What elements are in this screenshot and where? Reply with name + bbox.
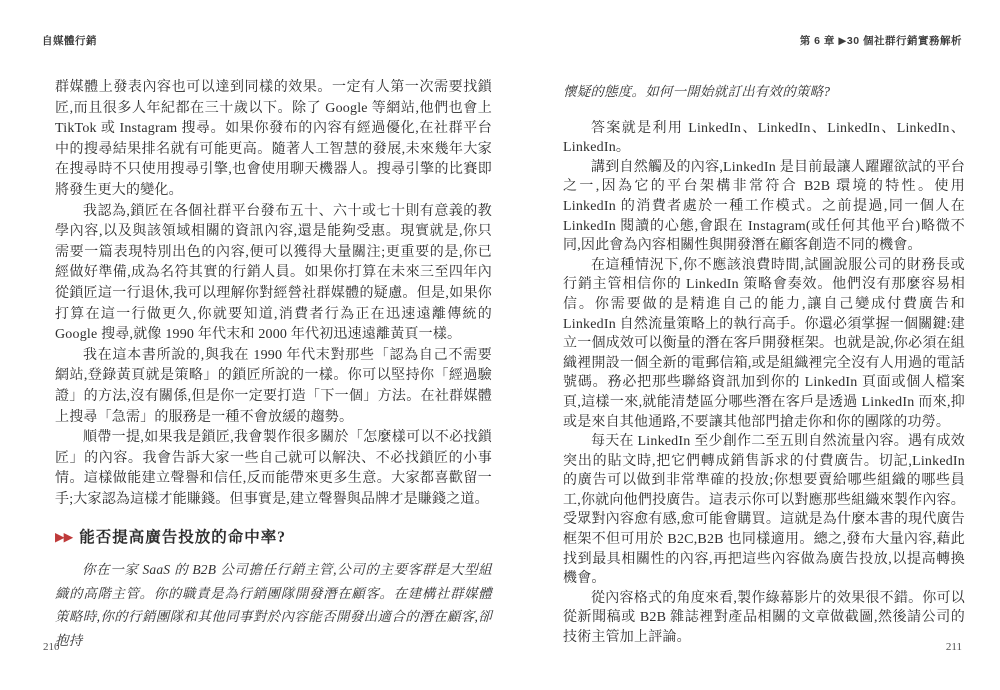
body-paragraph: 群媒體上發表內容也可以達到同樣的效果。一定有人第一次需要找鎖匠,而且很多人年紀都… <box>55 78 492 202</box>
left-page-scenario: 你在一家 SaaS 的 B2B 公司擔任行銷主管,公司的主要客群是大型組織的高階… <box>55 558 492 652</box>
page-number-right: 211 <box>946 641 962 653</box>
body-paragraph: 答案就是利用 LinkedIn、LinkedIn、LinkedIn、Linked… <box>563 119 965 158</box>
body-paragraph: 我認為,鎖匠在各個社群平台發布五十、六十或七十則有意義的教學內容,以及與該領域相… <box>55 202 492 346</box>
body-paragraph: 在這種情況下,你不應該浪費時間,試圖說服公司的財務長或行銷主管相信你的 Link… <box>563 256 965 432</box>
body-paragraph: 講到自然觸及的內容,LinkedIn 是目前最讓人躍躍欲試的平台之一,因為它的平… <box>563 158 965 256</box>
body-paragraph: 每天在 LinkedIn 至少創作二至五則自然流量內容。遇有成效突出的貼文時,把… <box>563 432 965 589</box>
right-page: 懷疑的態度。如何一開始就訂出有效的策略? 答案就是利用 LinkedIn、Lin… <box>563 82 965 648</box>
section-marker-icon: ▶▶ <box>55 530 72 544</box>
scenario-paragraph: 懷疑的態度。如何一開始就訂出有效的策略? <box>563 82 965 102</box>
body-paragraph: 順帶一提,如果我是鎖匠,我會製作很多關於「怎麼樣可以不必找鎖匠」的內容。我會告訴… <box>55 428 492 510</box>
right-page-body: 答案就是利用 LinkedIn、LinkedIn、LinkedIn、Linked… <box>563 119 965 648</box>
scenario-paragraph: 你在一家 SaaS 的 B2B 公司擔任行銷主管,公司的主要客群是大型組織的高階… <box>55 558 492 652</box>
running-header-right: 第 6 章 ▶30 個社群行銷實務解析 <box>800 33 962 48</box>
section-heading: ▶▶能否提高廣告投放的命中率? <box>55 525 492 547</box>
body-paragraph: 從內容格式的角度來看,製作綠幕影片的效果很不錯。你可以從新聞稿或 B2B 雜誌裡… <box>563 589 965 648</box>
left-page-body: 群媒體上發表內容也可以達到同樣的效果。一定有人第一次需要找鎖匠,而且很多人年紀都… <box>55 78 492 510</box>
page-number-left: 210 <box>43 641 60 653</box>
body-paragraph: 我在這本書所說的,與我在 1990 年代末對那些「認為自己不需要網站,登錄黃頁就… <box>55 346 492 428</box>
left-page: 群媒體上發表內容也可以達到同樣的效果。一定有人第一次需要找鎖匠,而且很多人年紀都… <box>55 78 492 652</box>
section-heading-text: 能否提高廣告投放的命中率? <box>79 529 286 546</box>
right-page-scenario: 懷疑的態度。如何一開始就訂出有效的策略? <box>563 82 965 102</box>
running-header-left: 自媒體行銷 <box>42 33 97 48</box>
